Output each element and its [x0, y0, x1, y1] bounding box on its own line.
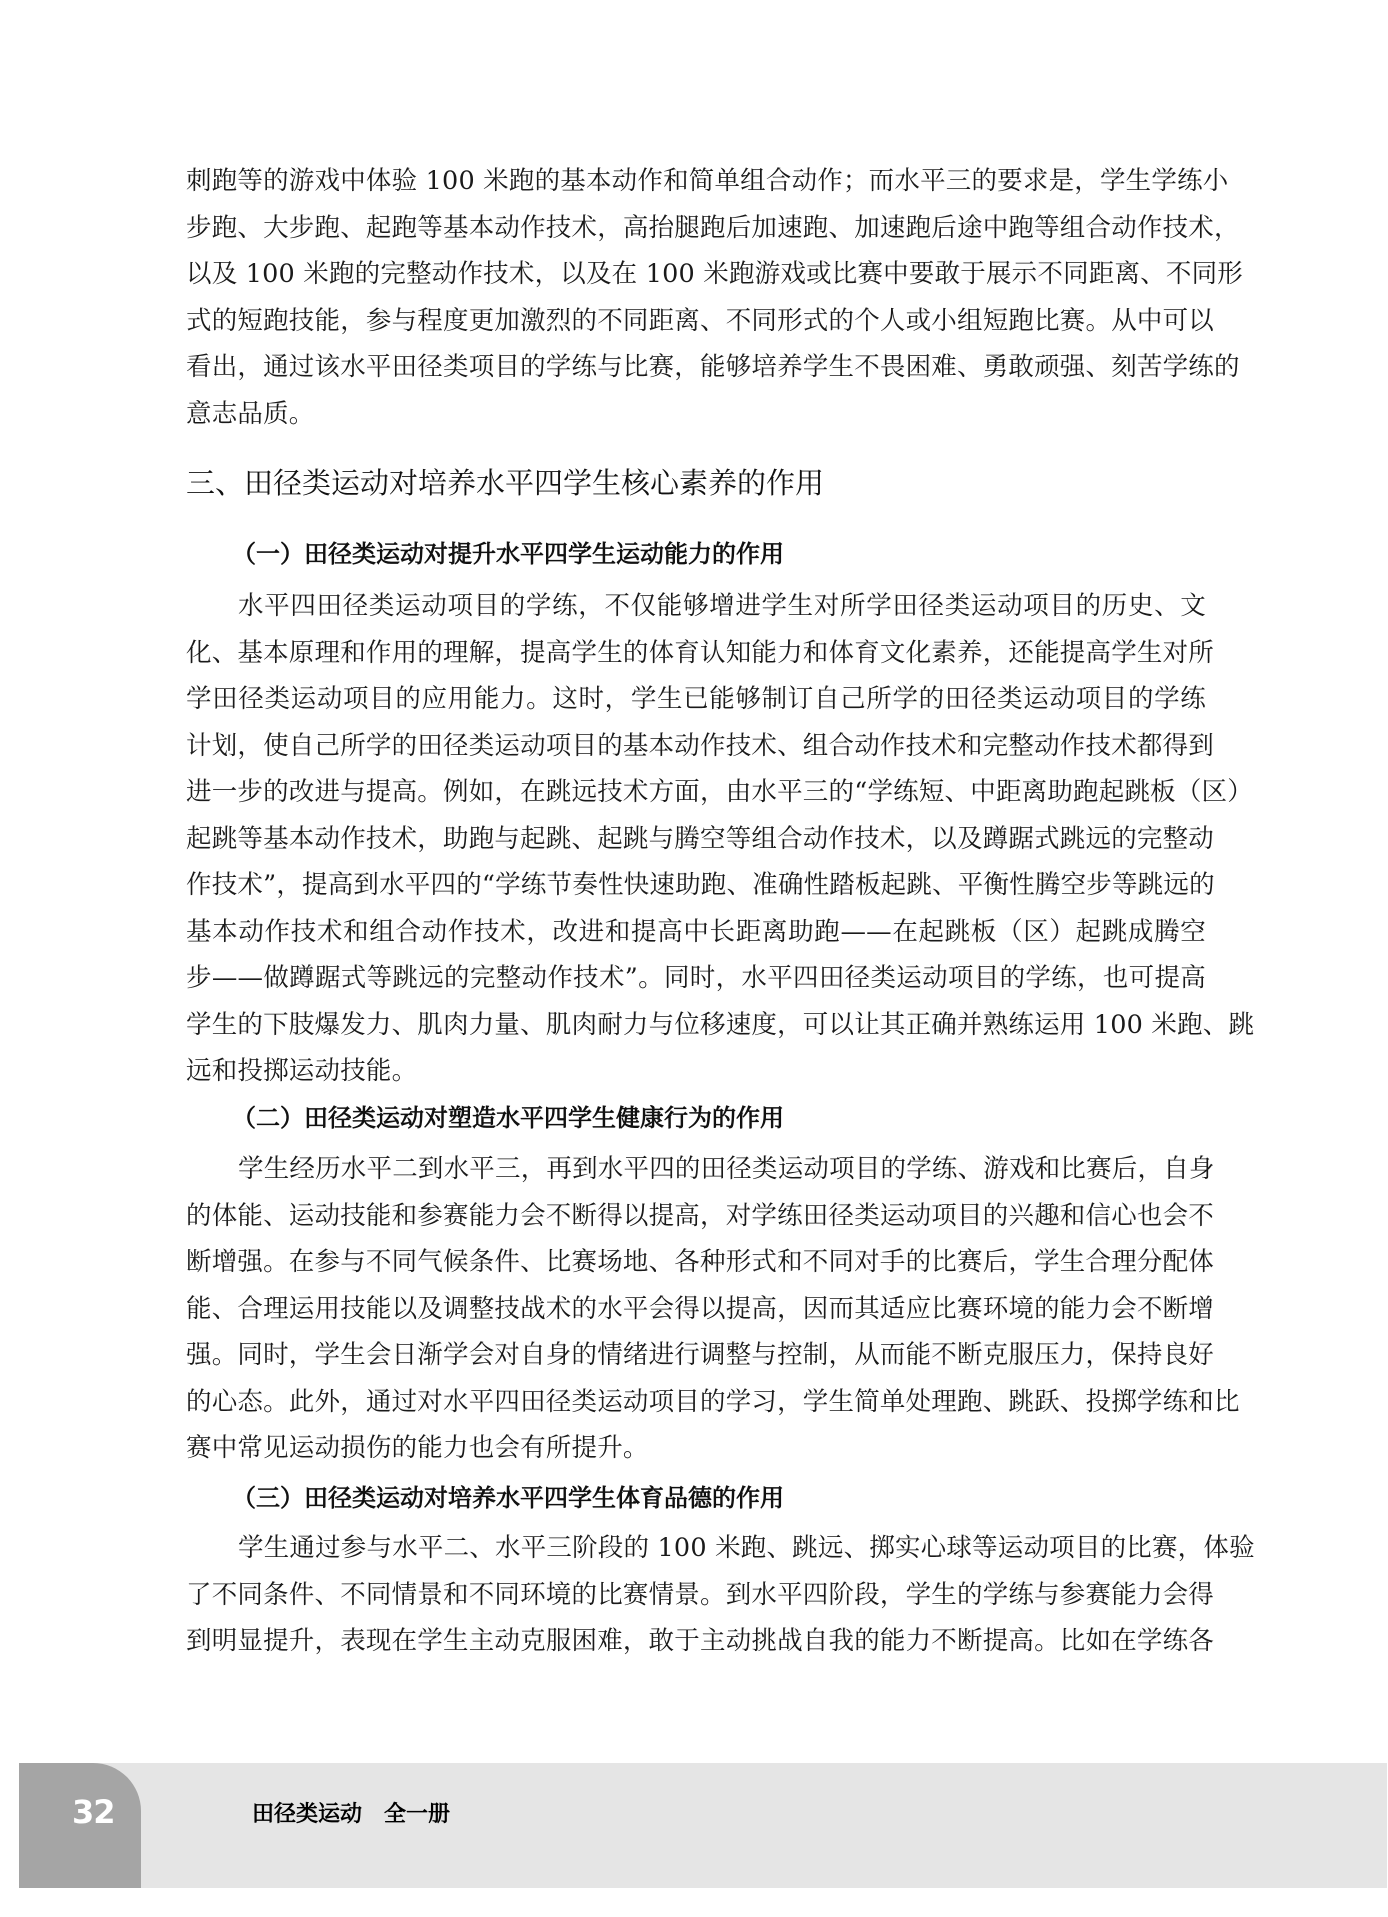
text-line: 起跳等基本动作技术，助跑与起跳、起跳与腾空等组合动作技术，以及蹲踞式跳远的完整动	[186, 816, 1206, 863]
text-line: 的心态。此外，通过对水平四田径类运动项目的学习，学生简单处理跑、跳跃、投掷学练和…	[186, 1379, 1206, 1426]
subsection-heading-3: （三）田径类运动对培养水平四学生体育品德的作用	[232, 1480, 784, 1516]
section-heading: 三、田径类运动对培养水平四学生核心素养的作用	[186, 463, 824, 503]
text-line: 意志品质。	[186, 391, 1206, 438]
text-line: 式的短跑技能，参与程度更加激烈的不同距离、不同形式的个人或小组短跑比赛。从中可以	[186, 298, 1206, 345]
book-title: 田径类运动 全一册	[252, 1797, 450, 1828]
text-line: 步跑、大步跑、起跑等基本动作技术，高抬腿跑后加速跑、加速跑后途中跑等组合动作技术…	[186, 205, 1206, 252]
text-line: 能、合理运用技能以及调整技战术的水平会得以提高，因而其适应比赛环境的能力会不断增	[186, 1286, 1206, 1333]
subsection-paragraph-1: 水平四田径类运动项目的学练，不仅能够增进学生对所学田径类运动项目的历史、文 化、…	[186, 583, 1206, 1095]
subsection-paragraph-3: 学生通过参与水平二、水平三阶段的 100 米跑、跳远、掷实心球等运动项目的比赛，…	[186, 1525, 1206, 1665]
text-line: 学生经历水平二到水平三，再到水平四的田径类运动项目的学练、游戏和比赛后，自身	[186, 1146, 1206, 1193]
text-line: 赛中常见运动损伤的能力也会有所提升。	[186, 1425, 1206, 1472]
text-line: 断增强。在参与不同气候条件、比赛场地、各种形式和不同对手的比赛后，学生合理分配体	[186, 1239, 1206, 1286]
footer-band	[19, 1763, 1387, 1888]
subsection-heading-1: （一）田径类运动对提升水平四学生运动能力的作用	[232, 536, 784, 572]
subsection-paragraph-2: 学生经历水平二到水平三，再到水平四的田径类运动项目的学练、游戏和比赛后，自身 的…	[186, 1146, 1206, 1472]
text-line: 看出，通过该水平田径类项目的学练与比赛，能够培养学生不畏困难、勇敢顽强、刻苦学练…	[186, 344, 1206, 391]
text-line: 步——做蹲踞式等跳远的完整动作技术”。同时，水平四田径类运动项目的学练，也可提高	[186, 955, 1206, 1002]
text-line: 化、基本原理和作用的理解，提高学生的体育认知能力和体育文化素养，还能提高学生对所	[186, 630, 1206, 677]
page-number: 32	[72, 1793, 115, 1831]
text-line: 学生通过参与水平二、水平三阶段的 100 米跑、跳远、掷实心球等运动项目的比赛，…	[186, 1525, 1206, 1572]
text-line: 学生的下肢爆发力、肌肉力量、肌肉耐力与位移速度，可以让其正确并熟练运用 100 …	[186, 1002, 1206, 1049]
text-line: 的体能、运动技能和参赛能力会不断得以提高，对学练田径类运动项目的兴趣和信心也会不	[186, 1193, 1206, 1240]
text-line: 远和投掷运动技能。	[186, 1048, 1206, 1095]
text-line: 了不同条件、不同情景和不同环境的比赛情景。到水平四阶段，学生的学练与参赛能力会得	[186, 1572, 1206, 1619]
text-line: 以及 100 米跑的完整动作技术，以及在 100 米跑游戏或比赛中要敢于展示不同…	[186, 251, 1206, 298]
text-line: 作技术”，提高到水平四的“学练节奏性快速助跑、准确性踏板起跳、平衡性腾空步等跳远…	[186, 862, 1206, 909]
text-line: 进一步的改进与提高。例如，在跳远技术方面，由水平三的“学练短、中距离助跑起跳板（…	[186, 769, 1206, 816]
text-line: 水平四田径类运动项目的学练，不仅能够增进学生对所学田径类运动项目的历史、文	[186, 583, 1206, 630]
text-line: 到明显提升，表现在学生主动克服困难，敢于主动挑战自我的能力不断提高。比如在学练各	[186, 1618, 1206, 1665]
text-line: 刺跑等的游戏中体验 100 米跑的基本动作和简单组合动作；而水平三的要求是，学生…	[186, 158, 1206, 205]
subsection-heading-2: （二）田径类运动对塑造水平四学生健康行为的作用	[232, 1100, 784, 1136]
text-line: 计划，使自己所学的田径类运动项目的基本动作技术、组合动作技术和完整动作技术都得到	[186, 723, 1206, 770]
text-line: 学田径类运动项目的应用能力。这时，学生已能够制订自己所学的田径类运动项目的学练	[186, 676, 1206, 723]
text-line: 强。同时，学生会日渐学会对自身的情绪进行调整与控制，从而能不断克服压力，保持良好	[186, 1332, 1206, 1379]
intro-paragraph: 刺跑等的游戏中体验 100 米跑的基本动作和简单组合动作；而水平三的要求是，学生…	[186, 158, 1206, 437]
text-line: 基本动作技术和组合动作技术，改进和提高中长距离助跑——在起跳板（区）起跳成腾空	[186, 909, 1206, 956]
